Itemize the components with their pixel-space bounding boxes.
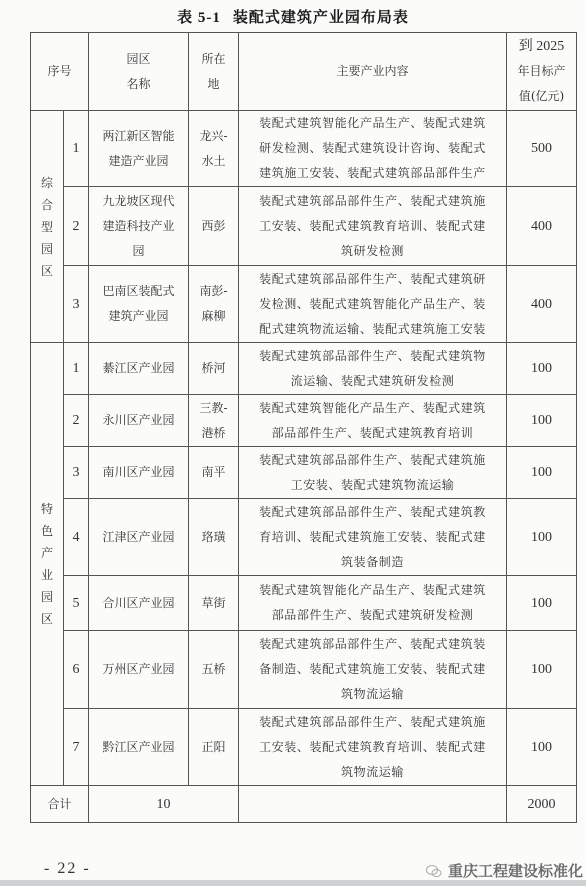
park-name: 綦江区产业园	[89, 343, 189, 395]
target-value: 400	[507, 187, 577, 266]
park-name: 江津区产业园	[89, 499, 189, 576]
header-name: 园区名称	[89, 33, 189, 111]
park-location: 西彭	[189, 187, 239, 266]
table-row: 4江津区产业园珞璜装配式建筑部品部件生产、装配式建筑教育培训、装配式建筑施工安装…	[31, 499, 577, 576]
table-row: 特色产业园区1綦江区产业园桥河装配式建筑部品部件生产、装配式建筑物流运输、装配式…	[31, 343, 577, 395]
target-value: 100	[507, 499, 577, 576]
total-row: 合计 10 2000	[31, 786, 577, 823]
table-row: 综合型园区1两江新区智能建造产业园龙兴-水土装配式建筑智能化产品生产、装配式建筑…	[31, 111, 577, 187]
table-row: 2永川区产业园三教-港桥装配式建筑智能化产品生产、装配式建筑部品部件生产、装配式…	[31, 395, 577, 447]
table-number: 表 5-1	[177, 10, 221, 26]
watermark-text: 重庆工程建设标准化	[448, 862, 583, 880]
park-name: 合川区产业园	[89, 576, 189, 631]
park-name: 万州区产业园	[89, 631, 189, 709]
target-value: 500	[507, 111, 577, 187]
row-number: 1	[64, 111, 89, 187]
header-row: 序号 园区名称 所在地 主要产业内容 到 2025年目标产值(亿元)	[31, 33, 577, 111]
table-row: 3巴南区装配式建筑产业园南彭-麻柳装配式建筑部品部件生产、装配式建筑研发检测、装…	[31, 266, 577, 343]
park-name: 巴南区装配式建筑产业园	[89, 266, 189, 343]
target-value: 100	[507, 395, 577, 447]
total-count: 10	[89, 786, 239, 823]
industry-content: 装配式建筑部品部件生产、装配式建筑教育培训、装配式建筑施工安装、装配式建筑装备制…	[239, 499, 507, 576]
target-value: 100	[507, 631, 577, 709]
watermark: 重庆工程建设标准化	[426, 860, 583, 881]
row-number: 6	[64, 631, 89, 709]
park-location: 南平	[189, 447, 239, 499]
target-value: 100	[507, 343, 577, 395]
total-label: 合计	[31, 786, 89, 823]
row-number: 2	[64, 187, 89, 266]
row-number: 1	[64, 343, 89, 395]
header-content: 主要产业内容	[239, 33, 507, 111]
header-target: 到 2025年目标产值(亿元)	[507, 33, 577, 111]
park-name: 南川区产业园	[89, 447, 189, 499]
group-label: 综合型园区	[31, 111, 64, 343]
header-location: 所在地	[189, 33, 239, 111]
group-label: 特色产业园区	[31, 343, 64, 786]
industry-content: 装配式建筑智能化产品生产、装配式建筑研发检测、装配式建筑设计咨询、装配式建筑施工…	[239, 111, 507, 187]
park-location: 桥河	[189, 343, 239, 395]
row-number: 5	[64, 576, 89, 631]
industry-content: 装配式建筑智能化产品生产、装配式建筑部品部件生产、装配式建筑研发检测	[239, 576, 507, 631]
header-seq: 序号	[31, 33, 89, 111]
table-row: 6万州区产业园五桥装配式建筑部品部件生产、装配式建筑装备制造、装配式建筑施工安装…	[31, 631, 577, 709]
target-value: 100	[507, 447, 577, 499]
table-row: 2九龙坡区现代建造科技产业园西彭装配式建筑部品部件生产、装配式建筑施工安装、装配…	[31, 187, 577, 266]
table-row: 3南川区产业园南平装配式建筑部品部件生产、装配式建筑施工安装、装配式建筑物流运输…	[31, 447, 577, 499]
table-body: 综合型园区1两江新区智能建造产业园龙兴-水土装配式建筑智能化产品生产、装配式建筑…	[31, 111, 577, 786]
park-name: 黔江区产业园	[89, 709, 189, 786]
row-number: 7	[64, 709, 89, 786]
industry-content: 装配式建筑部品部件生产、装配式建筑施工安装、装配式建筑物流运输	[239, 447, 507, 499]
table-title-text: 装配式建筑产业园布局表	[233, 8, 409, 26]
table-title: 表 5-1装配式建筑产业园布局表	[0, 6, 586, 27]
park-name: 永川区产业园	[89, 395, 189, 447]
industry-content: 装配式建筑部品部件生产、装配式建筑装备制造、装配式建筑施工安装、装配式建筑物流运…	[239, 631, 507, 709]
page-number: - 22 -	[44, 860, 91, 878]
target-value: 100	[507, 576, 577, 631]
row-number: 3	[64, 266, 89, 343]
park-location: 正阳	[189, 709, 239, 786]
row-number: 4	[64, 499, 89, 576]
target-value: 100	[507, 709, 577, 786]
table-row: 5合川区产业园草街装配式建筑智能化产品生产、装配式建筑部品部件生产、装配式建筑研…	[31, 576, 577, 631]
row-number: 2	[64, 395, 89, 447]
park-location: 南彭-麻柳	[189, 266, 239, 343]
park-location: 龙兴-水土	[189, 111, 239, 187]
park-location: 三教-港桥	[189, 395, 239, 447]
bottom-bar	[0, 880, 586, 886]
industry-content: 装配式建筑部品部件生产、装配式建筑研发检测、装配式建筑智能化产品生产、装配式建筑…	[239, 266, 507, 343]
park-location: 草街	[189, 576, 239, 631]
row-number: 3	[64, 447, 89, 499]
park-name: 两江新区智能建造产业园	[89, 111, 189, 187]
park-location: 五桥	[189, 631, 239, 709]
industry-content: 装配式建筑部品部件生产、装配式建筑施工安装、装配式建筑教育培训、装配式建筑物流运…	[239, 709, 507, 786]
wechat-icon	[426, 864, 442, 878]
park-name: 九龙坡区现代建造科技产业园	[89, 187, 189, 266]
industry-content: 装配式建筑智能化产品生产、装配式建筑部品部件生产、装配式建筑教育培训	[239, 395, 507, 447]
industry-content: 装配式建筑部品部件生产、装配式建筑物流运输、装配式建筑研发检测	[239, 343, 507, 395]
table-row: 7黔江区产业园正阳装配式建筑部品部件生产、装配式建筑施工安装、装配式建筑教育培训…	[31, 709, 577, 786]
target-value: 400	[507, 266, 577, 343]
industrial-park-table: 序号 园区名称 所在地 主要产业内容 到 2025年目标产值(亿元) 综合型园区…	[30, 32, 577, 823]
park-location: 珞璜	[189, 499, 239, 576]
industry-content: 装配式建筑部品部件生产、装配式建筑施工安装、装配式建筑教育培训、装配式建筑研发检…	[239, 187, 507, 266]
total-value: 2000	[507, 786, 577, 823]
total-content	[239, 786, 507, 823]
